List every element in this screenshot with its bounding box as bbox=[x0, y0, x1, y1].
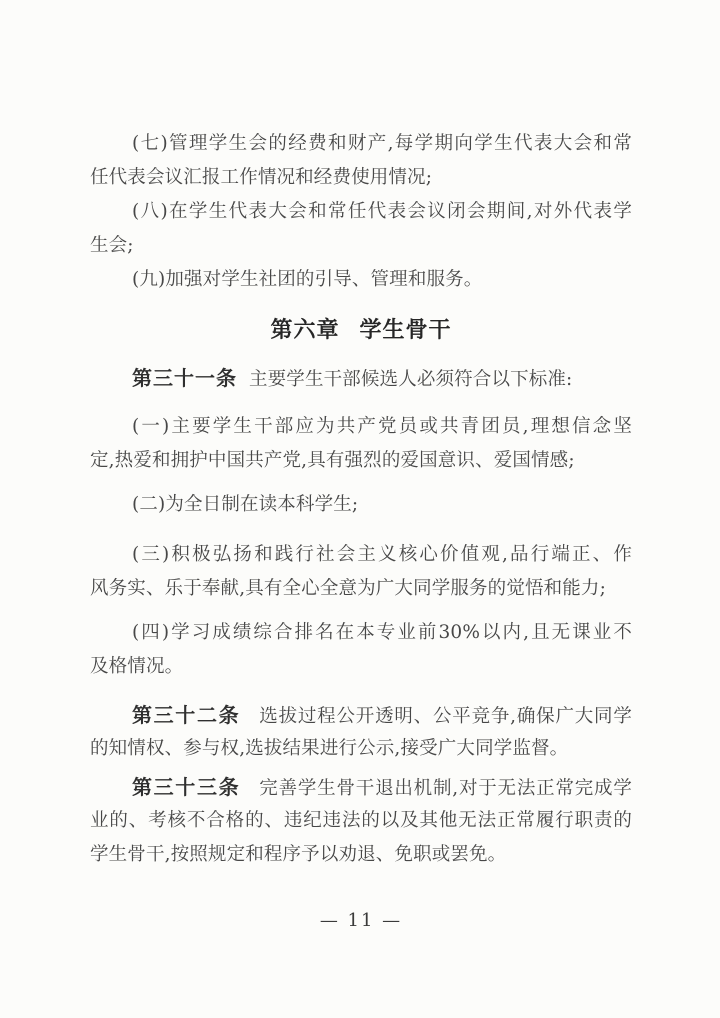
body-text-run: 主要学生干部候选人必须符合以下标准: bbox=[249, 369, 572, 390]
body-text-run: (九)加强对学生社团的引导、管理和服务。 bbox=[132, 269, 482, 290]
item-2: (二)为全日制在读本科学生; bbox=[90, 488, 632, 522]
text-line: (二)为全日制在读本科学生; bbox=[90, 488, 632, 522]
text-line: 的知情权、参与权,选拔结果进行公示,接受广大同学监督。 bbox=[90, 732, 632, 766]
text-line: (八)在学生代表大会和常任代表会议闭会期间,对外代表学 bbox=[90, 195, 632, 229]
body-text-run: 任代表会议汇报工作情况和经费使用情况; bbox=[90, 167, 432, 188]
text-line: 业的、考核不合格的、违纪违法的以及其他无法正常履行职责的 bbox=[90, 804, 632, 838]
text-line: 第三十三条完善学生骨干退出机制,对于无法正常完成学 bbox=[90, 770, 632, 804]
body-text-run: 的知情权、参与权,选拔结果进行公示,接受广大同学监督。 bbox=[90, 738, 568, 759]
page-number: — 11 — bbox=[90, 910, 632, 931]
body-text-run: 业的、考核不合格的、违纪违法的以及其他无法正常履行职责的 bbox=[90, 810, 632, 831]
text-line: (一)主要学生干部应为共产党员或共青团员,理想信念坚 bbox=[90, 410, 632, 444]
text-line: 生会; bbox=[90, 229, 632, 263]
text-line: (三)积极弘扬和践行社会主义核心价值观,品行端正、作 bbox=[90, 538, 632, 572]
clause-8: (八)在学生代表大会和常任代表会议闭会期间,对外代表学生会; bbox=[90, 195, 632, 263]
text-line: 学生骨干,按照规定和程序予以劝退、免职或罢免。 bbox=[90, 838, 632, 872]
body-text-run: 生会; bbox=[90, 235, 134, 256]
body-text-run: (七)管理学生会的经费和财产,每学期向学生代表大会和常 bbox=[132, 133, 632, 154]
document-body: (七)管理学生会的经费和财产,每学期向学生代表大会和常任代表会议汇报工作情况和经… bbox=[90, 0, 632, 872]
body-text-run: (三)积极弘扬和践行社会主义核心价值观,品行端正、作 bbox=[132, 544, 632, 565]
clause-7: (七)管理学生会的经费和财产,每学期向学生代表大会和常任代表会议汇报工作情况和经… bbox=[90, 127, 632, 195]
body-text-run: 学生骨干,按照规定和程序予以劝退、免职或罢免。 bbox=[90, 844, 506, 865]
body-text-run: 选拔过程公开透明、公平竞争,确保广大同学 bbox=[259, 706, 632, 727]
article-number-label: 第三十三条 bbox=[132, 775, 240, 799]
body-text-run: (四)学习成绩综合排名在本专业前30%以内,且无课业不 bbox=[132, 622, 632, 643]
chapter-heading-text: 第六章 bbox=[270, 318, 339, 343]
item-4: (四)学习成绩综合排名在本专业前30%以内,且无课业不及格情况。 bbox=[90, 616, 632, 684]
chapter-heading-text: 学生骨干 bbox=[360, 318, 452, 343]
item-1: (一)主要学生干部应为共产党员或共青团员,理想信念坚定,热爱和拥护中国共产党,具… bbox=[90, 410, 632, 478]
item-3: (三)积极弘扬和践行社会主义核心价值观,品行端正、作风务实、乐于奉献,具有全心全… bbox=[90, 538, 632, 606]
text-line: 风务实、乐于奉献,具有全心全意为广大同学服务的觉悟和能力; bbox=[90, 572, 632, 606]
document-page: (七)管理学生会的经费和财产,每学期向学生代表大会和常任代表会议汇报工作情况和经… bbox=[0, 0, 720, 1018]
text-line: 第三十一条主要学生干部候选人必须符合以下标准: bbox=[90, 361, 632, 395]
body-text-run: 完善学生骨干退出机制,对于无法正常完成学 bbox=[259, 778, 632, 799]
body-text-run: (二)为全日制在读本科学生; bbox=[132, 494, 358, 515]
body-text-run: 及格情况。 bbox=[90, 656, 183, 677]
text-line: 及格情况。 bbox=[90, 650, 632, 684]
article-number-label: 第三十二条 bbox=[132, 703, 240, 727]
text-line: (九)加强对学生社团的引导、管理和服务。 bbox=[90, 263, 632, 297]
text-line: (四)学习成绩综合排名在本专业前30%以内,且无课业不 bbox=[90, 616, 632, 650]
article-32: 第三十二条选拔过程公开透明、公平竞争,确保广大同学的知情权、参与权,选拔结果进行… bbox=[90, 698, 632, 766]
body-text-run: 风务实、乐于奉献,具有全心全意为广大同学服务的觉悟和能力; bbox=[90, 578, 606, 599]
chapter-6-heading: 第六章学生骨干 bbox=[90, 316, 632, 346]
body-text-run: 定,热爱和拥护中国共产党,具有强烈的爱国意识、爱国情感; bbox=[90, 450, 575, 471]
text-line: 任代表会议汇报工作情况和经费使用情况; bbox=[90, 161, 632, 195]
text-line: (七)管理学生会的经费和财产,每学期向学生代表大会和常 bbox=[90, 127, 632, 161]
article-number-label: 第三十一条 bbox=[132, 366, 237, 390]
body-text-run: (八)在学生代表大会和常任代表会议闭会期间,对外代表学 bbox=[132, 201, 632, 222]
text-line: 定,热爱和拥护中国共产党,具有强烈的爱国意识、爱国情感; bbox=[90, 444, 632, 478]
article-31: 第三十一条主要学生干部候选人必须符合以下标准: bbox=[90, 361, 632, 395]
text-line: 第三十二条选拔过程公开透明、公平竞争,确保广大同学 bbox=[90, 698, 632, 732]
article-33: 第三十三条完善学生骨干退出机制,对于无法正常完成学业的、考核不合格的、违纪违法的… bbox=[90, 770, 632, 872]
body-text-run: (一)主要学生干部应为共产党员或共青团员,理想信念坚 bbox=[132, 416, 632, 437]
clause-9: (九)加强对学生社团的引导、管理和服务。 bbox=[90, 263, 632, 297]
